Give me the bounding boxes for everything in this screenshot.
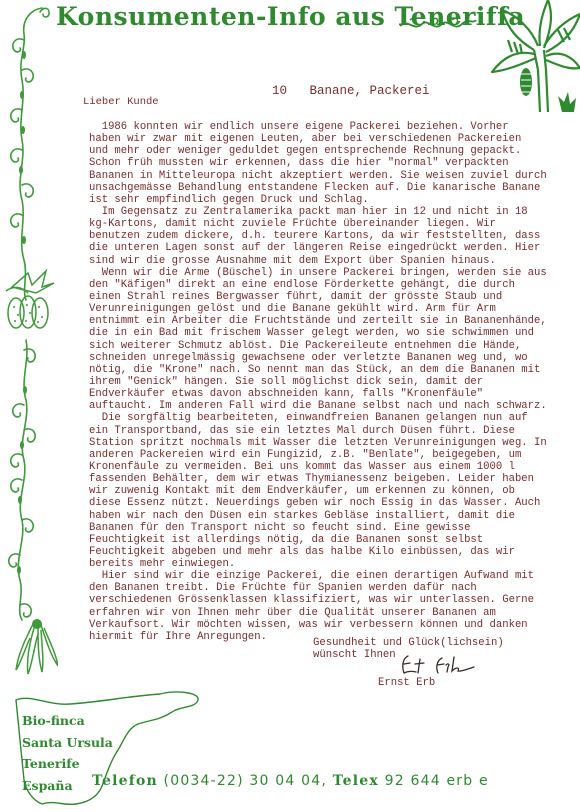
body-line: nötig, die "Krone" nach. So nennt man da… [89, 364, 539, 376]
body-line: und mehr oder weniger geduldet gegen ent… [89, 145, 539, 157]
letter-page: Konsumenten-Info aus Teneriffa 10 Banane… [0, 0, 580, 812]
body-line: fassenden Behälter, dem wir etwas Thymia… [89, 473, 539, 485]
body-line: Im Gegensatz zu Zentralamerika packt man… [89, 206, 539, 218]
closing-line-1: Gesundheit und Glück(lichsein) [313, 637, 504, 649]
body-line: schneiden unregelmässig gewachsene oder … [89, 352, 539, 364]
body-line: den Bananen treibt. Die Früchte für Span… [89, 582, 539, 594]
telex-label: Telex [333, 773, 379, 789]
body-line: Kronenfäule zu vermeiden. Bei uns kommt … [89, 461, 539, 473]
body-line: Endverkäufer etwas davon abschneiden kan… [89, 388, 539, 400]
body-line: Hier sind wir die einzige Packerei, die … [89, 570, 539, 582]
body-line: 1986 konnten wir endlich unsere eigene P… [89, 121, 539, 133]
body-line: sich weiterer Schmutz ablöst. Die Packer… [89, 340, 539, 352]
body-line: kg-Kartons, damit nicht zuviele Früchte … [89, 218, 539, 230]
body-line: haben wir nach den Düsen ein starkes Geb… [89, 510, 539, 522]
body-line: haben wir zwar mit eigenen Leuten, aber … [89, 133, 539, 145]
issue-number: 10 [272, 84, 287, 98]
subject-title: Banane, Packerei [310, 84, 430, 98]
flourish-icon [398, 14, 478, 36]
body-line: Wenn wir die Arme (Büschel) in unsere Pa… [89, 267, 539, 279]
body-line: unsachgemässe Behandlung entstandene Fle… [89, 182, 539, 194]
signer-name: Ernst Erb [378, 677, 435, 689]
address-line: Tenerife [22, 753, 113, 775]
body-line: die in ein Bad mit frischem Wasser geleg… [89, 327, 539, 339]
address-line: Bio-finca [22, 710, 113, 732]
body-line: verschiedenen Grössenklassen klassifizie… [89, 594, 539, 606]
body-line: Schon früh mussten wir erkennen, dass di… [89, 157, 539, 169]
body-line: Feuchtigkeit abgeben und mehr als das ha… [89, 546, 539, 558]
body-line: Verunreinigungen gelöst und die Banane g… [89, 303, 539, 315]
body-line: den "Käfigen" direkt an eine endlose För… [89, 279, 539, 291]
body-line: entnimmt ein Arbeiter die Fruchtstände u… [89, 315, 539, 327]
body-line: Bananen in Mitteleuropa nicht akzeptiert… [89, 170, 539, 182]
body-line: ist sehr empfindlich gegen Druck und Sch… [89, 194, 539, 206]
subject-line: 10 Banane, Packerei [272, 84, 430, 98]
body-line: diese Essenz nützt. Neuerdings geben wir… [89, 497, 539, 509]
body-line: die unteren Lagen sonst auf der längeren… [89, 242, 539, 254]
body-line: Bananen für den Transport nicht so feuch… [89, 522, 539, 534]
signature-icon [398, 653, 478, 677]
hanging-fruit-icon [2, 265, 58, 335]
body-line: auftaucht. Im anderen Fall wird die Bana… [89, 400, 539, 412]
body-line: Die sorgfältig bearbeiteten, einwandfrei… [89, 412, 539, 424]
body-line: anderen Packereien wird ein Fungizid, z.… [89, 449, 539, 461]
vine-border-icon [0, 0, 60, 700]
body-line: Station spritzt nochmals mit Wasser die … [89, 437, 539, 449]
body-line: Verkaufsort. Wir möchten wissen, was wir… [89, 619, 539, 631]
body-line: erfahren wir von Ihnen mehr über die Qua… [89, 607, 539, 619]
contact-line: Telefon (0034-22) 30 04 04, Telex 92 644… [92, 773, 489, 789]
letter-body: 1986 konnten wir endlich unsere eigene P… [89, 121, 539, 643]
salutation: Lieber Kunde [83, 96, 159, 108]
body-line: wir zuwenig Kontakt mit dem Endverkäufer… [89, 485, 539, 497]
body-line: benutzen zudem dickere, d.h. teurere Kar… [89, 230, 539, 242]
body-line: Feuchtigkeit ist allerdings nötig, da di… [89, 534, 539, 546]
banana-bunch-icon [8, 618, 58, 678]
body-line: sind wir die grosse Ausnahme mit dem Exp… [89, 255, 539, 267]
telex-number: 92 644 erb e [385, 773, 489, 789]
body-line: einen Strahl reines Bergwasser führt, da… [89, 291, 539, 303]
body-line: ein Transportband, das sie ein letztes M… [89, 425, 539, 437]
body-line: bereits mehr einwiegen. [89, 558, 539, 570]
banana-tree-icon [488, 0, 580, 112]
phone-label: Telefon [92, 773, 158, 789]
body-line: ihrem "Genick" hängen. Sie soll möglichs… [89, 376, 539, 388]
phone-number: (0034-22) 30 04 04, [164, 773, 327, 789]
address-line: Santa Ursula [22, 732, 113, 754]
